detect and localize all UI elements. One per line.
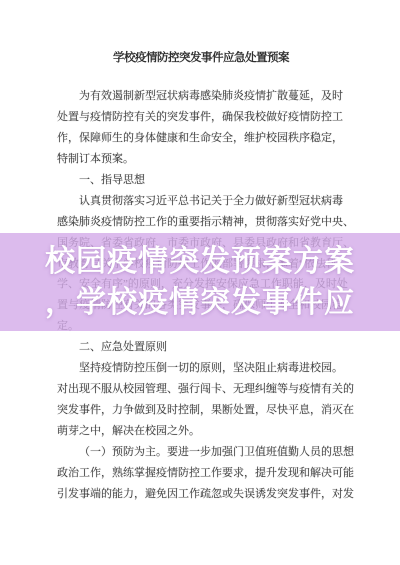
document-text-line: 对出现不服从校园管理、强行闯卡、无理纠缠等与疫情有关的 bbox=[57, 379, 349, 400]
document-title: 学校疫情防控突发事件应急处置预案 bbox=[57, 50, 345, 67]
document-text-line: 一、指导思想 bbox=[57, 170, 349, 191]
document-text-line: 感染肺炎疫情防控工作的重要指示精神，贯彻落实好党中央、 bbox=[57, 212, 349, 233]
overlay-headline-line-1: 校园疫情突发预案方案 bbox=[45, 241, 355, 282]
article-page: 学校疫情防控突发事件应急处置预案 为有效遏制新型冠状病毒感染肺炎疫情扩散蔓延，及… bbox=[0, 0, 400, 565]
document-text-line: 处置与疫情防控有关的突发事件，确保我校做好疫情防控工 bbox=[57, 107, 349, 128]
document-text-line: 萌芽之中，解决在校园之外。 bbox=[57, 421, 349, 442]
document-text-line: 特制订本预案。 bbox=[57, 149, 349, 170]
document-text-line: 作，保障师生的身体健康和生命安全，维护校园秩序稳定， bbox=[57, 128, 349, 149]
document-text-line: 认真贯彻落实习近平总书记关于全力做好新型冠状病毒 bbox=[57, 191, 349, 212]
document-text-line: 二、应急处置原则 bbox=[57, 337, 349, 358]
headline-overlay-banner: 校园疫情突发预案方案 ，学校疫情突发事件应 bbox=[0, 233, 400, 331]
document-text-line: （一）预防为主。要进一步加强门卫值班值勤人员的思想 bbox=[57, 442, 349, 463]
document-text-line: 政治工作，熟练掌握疫情防控工作要求，提升发现和解决可能 bbox=[57, 463, 349, 484]
document-text-line: 为有效遏制新型冠状病毒感染肺炎疫情扩散蔓延，及时 bbox=[57, 86, 349, 107]
document-text-line: 引发事端的能力，避免因工作疏忽或失误诱发突发事件，对发 bbox=[57, 484, 349, 505]
document-text-line: 突发事件，力争做到及时控制，果断处置，尽快平息，消灭在 bbox=[57, 400, 349, 421]
overlay-headline-line-2: ，学校疫情突发事件应 bbox=[45, 282, 355, 323]
document-text-line: 坚持疫情防控压倒一切的原则，坚决阻止病毒进校园。 bbox=[57, 358, 349, 379]
